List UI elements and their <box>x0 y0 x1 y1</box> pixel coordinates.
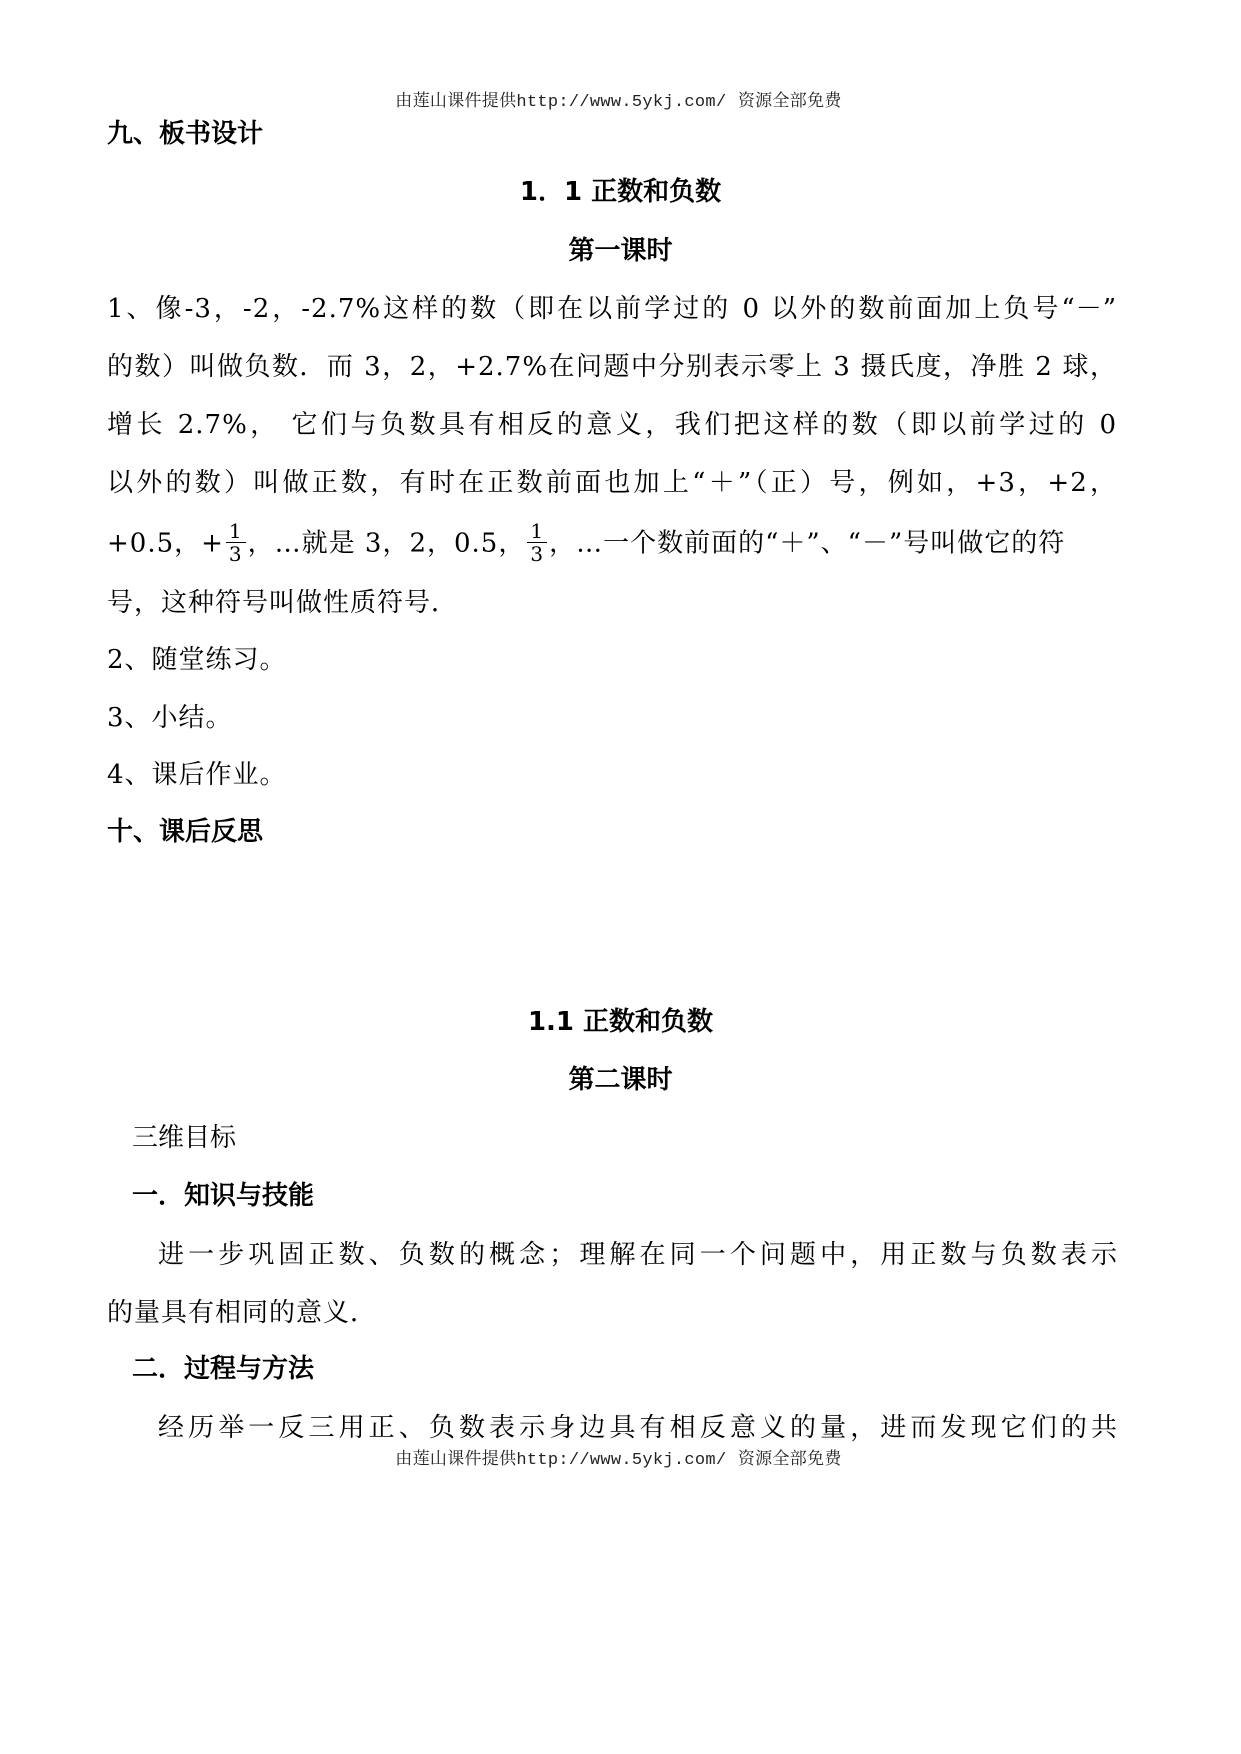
fraction-denominator: 3 <box>226 543 246 565</box>
text-segment: +0.5，+ <box>107 529 224 559</box>
lesson2-subtitle: 第二课时 <box>0 1064 1241 1096</box>
footer-prefix: 由莲山课件提供 <box>395 1449 516 1469</box>
paragraph-line: 的量具有相同的意义． <box>107 1296 377 1330</box>
document-page: 由莲山课件提供http://www.5ykj.com/ 资源全部免费 九、板书设… <box>0 0 1241 1754</box>
header-prefix: 由莲山课件提供 <box>395 91 516 111</box>
list-item-practice: 2、随堂练习。 <box>107 643 287 677</box>
fraction-denominator: 3 <box>527 543 547 565</box>
paragraph-line: 1、像-3，-2，-2.7%这样的数（即在以前学过的 0 以外的数前面加上负号“… <box>107 292 1117 326</box>
fraction-numerator: 1 <box>226 520 246 543</box>
paragraph-line: 的数）叫做负数．而 3，2，+2.7%在问题中分别表示零上 3 摄氏度，净胜 2… <box>107 350 1117 384</box>
lesson1-title: 1．1 正数和负数 <box>0 176 1241 208</box>
goals-heading: 三维目标 <box>132 1122 236 1154</box>
paragraph-line: 增长 2.7%， 它们与负数具有相反的意义，我们把这样的数（即以前学过的 0 <box>107 408 1117 442</box>
page-header: 由莲山课件提供http://www.5ykj.com/ 资源全部免费 <box>0 90 1239 114</box>
footer-suffix: 资源全部免费 <box>738 1449 842 1469</box>
lesson1-subtitle: 第一课时 <box>0 235 1241 267</box>
paragraph-line: 以外的数）叫做正数，有时在正数前面也加上“＋”（正）号，例如，+3，+2， <box>107 466 1117 500</box>
paragraph-line-with-fractions: +0.5，+13，…就是 3，2，0.5，13，…一个数前面的“＋”、“－”号叫… <box>107 522 1117 567</box>
knowledge-skills-heading: 一．知识与技能 <box>132 1180 314 1212</box>
list-item-homework: 4、课后作业。 <box>107 758 287 792</box>
fraction-one-third: 13 <box>226 520 246 565</box>
lesson2-title: 1.1 正数和负数 <box>0 1006 1241 1038</box>
fraction-one-third: 13 <box>527 520 547 565</box>
section-heading-board-design: 九、板书设计 <box>107 118 263 150</box>
paragraph-line: 号，这种符号叫做性质符号． <box>107 586 458 620</box>
text-segment: ，…就是 3，2，0.5， <box>248 529 526 559</box>
section-heading-reflection: 十、课后反思 <box>107 816 263 848</box>
process-methods-heading: 二．过程与方法 <box>132 1353 314 1385</box>
header-url-link[interactable]: http://www.5ykj.com/ <box>516 93 726 112</box>
fraction-numerator: 1 <box>527 520 547 543</box>
list-item-summary: 3、小结。 <box>107 701 233 735</box>
footer-url-link[interactable]: http://www.5ykj.com/ <box>516 1451 726 1470</box>
paragraph-line: 进一步巩固正数、负数的概念；理解在同一个问题中，用正数与负数表示 <box>158 1238 1118 1272</box>
page-footer: 由莲山课件提供http://www.5ykj.com/ 资源全部免费 <box>0 1448 1239 1472</box>
text-segment: ，…一个数前面的“＋”、“－”号叫做它的符 <box>549 529 1065 559</box>
paragraph-line: 经历举一反三用正、负数表示身边具有相反意义的量，进而发现它们的共 <box>158 1411 1118 1445</box>
header-suffix: 资源全部免费 <box>738 91 842 111</box>
